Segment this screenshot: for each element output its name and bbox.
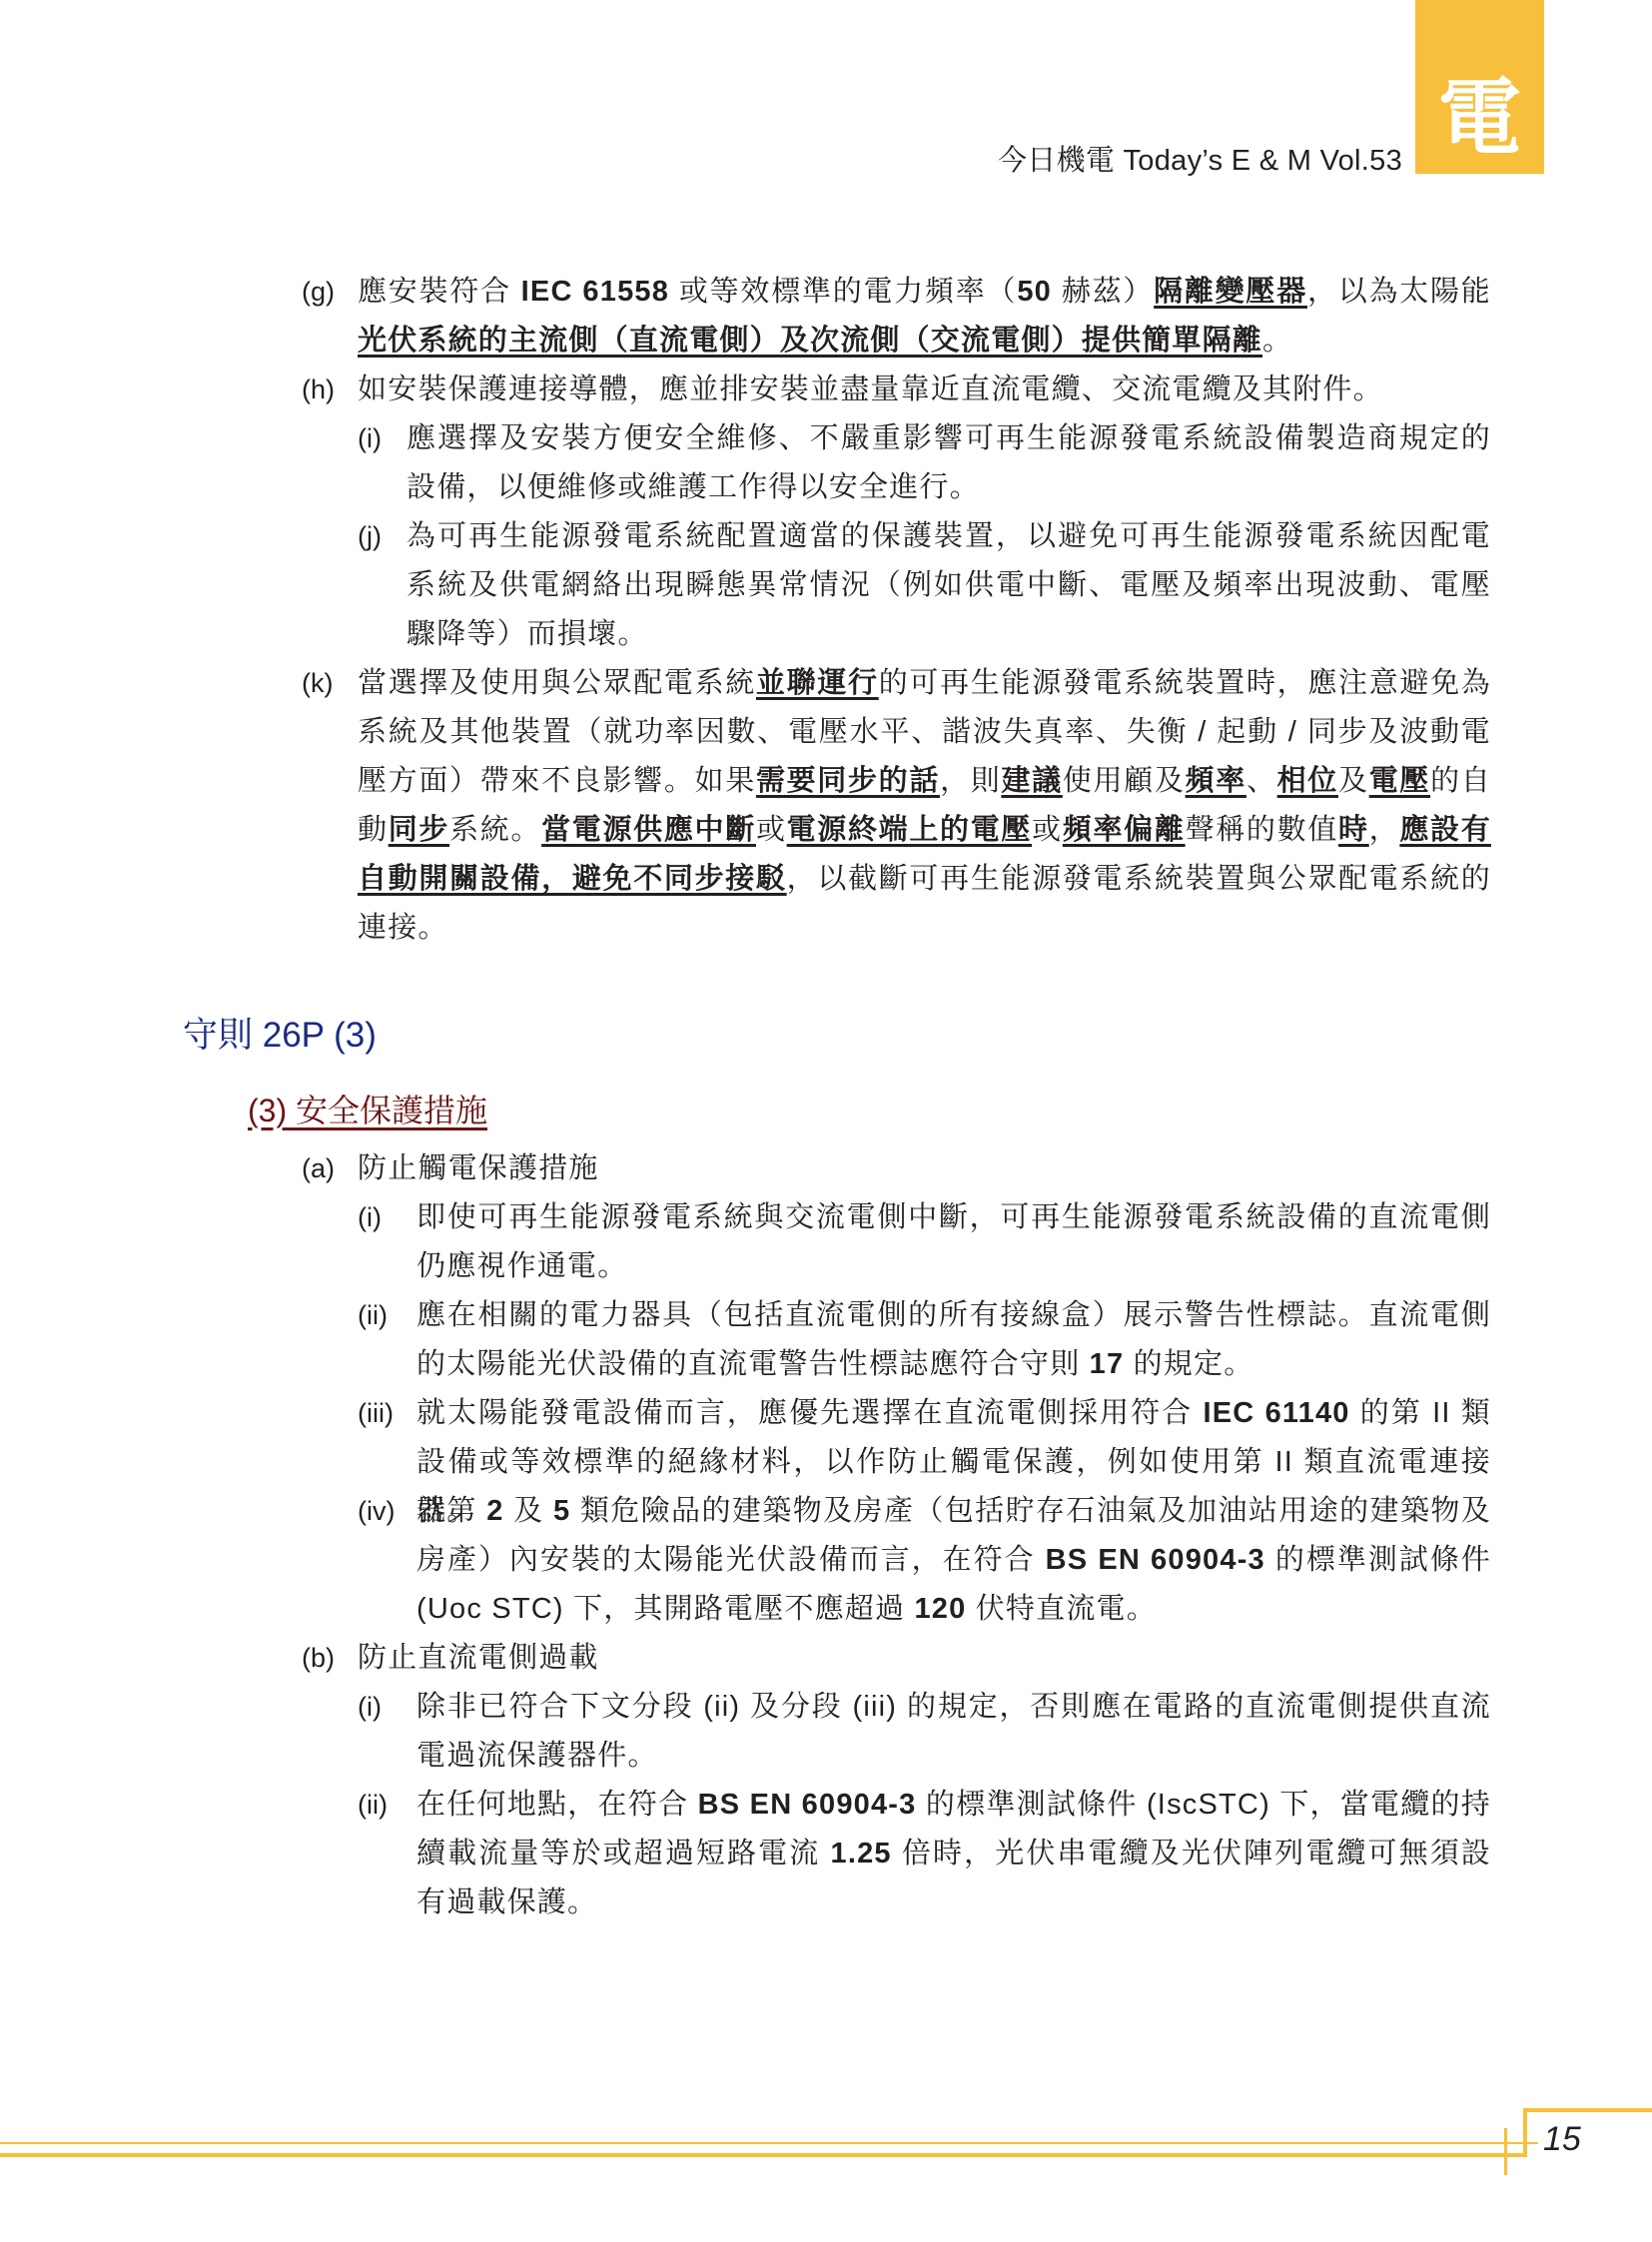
list-label: (h) — [302, 366, 335, 414]
emphasized-text: 當電源供應中斷 — [541, 814, 756, 846]
text-run: 。 — [1262, 325, 1292, 357]
text-run: 聲稱的數值 — [1186, 814, 1338, 846]
list-text: 應安裝符合 IEC 61558 或等效標準的電力頻率（50 赫茲）隔離變壓器，以… — [358, 268, 1491, 366]
emphasized-text: 時 — [1338, 814, 1369, 846]
list-label: (i) — [358, 1193, 382, 1242]
list-text: 防止直流電側過載 — [358, 1634, 1491, 1683]
text-run: 、 — [1246, 765, 1277, 797]
text-run: 就太陽能發電設備而言，應優先選擇在直流電側採用符合 — [416, 1397, 1204, 1429]
emphasized-text: 光伏系統的主流側（直流電側）及次流側（交流電側）提供簡單隔離 — [358, 325, 1262, 357]
text-run: 及 — [1338, 765, 1369, 797]
text-run: 使用顧及 — [1063, 765, 1186, 797]
text-run: 或等效標準的電力頻率（ — [669, 276, 1017, 308]
bold-text: BS EN 60904-3 — [1046, 1544, 1265, 1576]
list-label: (a) — [302, 1144, 335, 1193]
list-text: 在任何地點，在符合 BS EN 60904-3 的標準測試條件 (IscSTC)… — [416, 1781, 1491, 1927]
list-text: 為可再生能源發電系統配置適當的保護裝置，以避免可再生能源發電系統因配電系統及供電… — [407, 512, 1491, 659]
text-run: 赫茲） — [1052, 276, 1154, 308]
list-label: (iii) — [358, 1389, 394, 1438]
text-run: ，則 — [940, 765, 1001, 797]
list-label: (ii) — [358, 1291, 388, 1340]
emphasized-text: 建議 — [1001, 765, 1062, 797]
text-run: 的規定。 — [1124, 1348, 1253, 1380]
footer-top-rule — [1523, 2108, 1652, 2112]
page-number: 15 — [1543, 2119, 1581, 2159]
list-text: 除非已符合下文分段 (ii) 及分段 (iii) 的規定，否則應在電路的直流電側… — [416, 1683, 1491, 1781]
emphasized-text: 電壓 — [1369, 765, 1430, 797]
bold-text: 50 — [1017, 276, 1052, 308]
bold-text: 17 — [1090, 1348, 1125, 1380]
emphasized-text: 頻率偏離 — [1063, 814, 1186, 846]
footer-tick — [1504, 2128, 1507, 2175]
bold-text: BS EN 60904-3 — [698, 1789, 917, 1821]
list-label: (i) — [358, 414, 382, 463]
list-label: (k) — [302, 659, 333, 708]
list-label: (ii) — [358, 1781, 388, 1830]
section-tab-label: 電 — [1415, 70, 1544, 166]
footer-rule-thin — [0, 2142, 1538, 2144]
text-run: 應在相關的電力器具（包括直流電側的所有接線盒）展示警告性標誌。直流電側的太陽能光… — [416, 1299, 1491, 1380]
text-run: 應安裝符合 — [358, 276, 521, 308]
bold-text: 2 — [486, 1495, 503, 1527]
emphasized-text: 電源終端上的電壓 — [787, 814, 1033, 846]
text-run: 在任何地點，在符合 — [416, 1789, 698, 1821]
text-run: ，以為太陽能 — [1307, 276, 1491, 308]
bold-text: IEC 61558 — [521, 276, 669, 308]
emphasized-text: 並聯運行 — [756, 667, 879, 699]
bold-text: 120 — [914, 1593, 966, 1625]
footer-step-rule — [1523, 2108, 1527, 2157]
emphasized-text: 需要同步的話 — [756, 765, 940, 797]
list-text: 應在相關的電力器具（包括直流電側的所有接線盒）展示警告性標誌。直流電側的太陽能光… — [416, 1291, 1491, 1389]
list-label: (j) — [358, 512, 382, 561]
list-text: 即使可再生能源發電系統與交流電側中斷，可再生能源發電系統設備的直流電側仍應視作通… — [416, 1193, 1491, 1291]
text-run: 系統。 — [449, 814, 541, 846]
list-label: (i) — [358, 1683, 382, 1732]
bold-text: IEC 61140 — [1204, 1397, 1350, 1429]
text-run: 及 — [504, 1495, 553, 1527]
emphasized-text: 同步 — [389, 814, 449, 846]
section-heading: 守則 26P (3) — [183, 1013, 377, 1059]
emphasized-text: 隔離變壓器 — [1154, 276, 1307, 308]
list-text: 防止觸電保護措施 — [358, 1144, 1491, 1193]
list-text: 就第 2 及 5 類危險品的建築物及房產（包括貯存石油氣及加油站用途的建築物及房… — [416, 1487, 1491, 1634]
text-run: 伏特直流電。 — [966, 1593, 1156, 1625]
section-tab: 電 — [1415, 0, 1544, 174]
text-run: 或 — [1032, 814, 1063, 846]
emphasized-text: 相位 — [1277, 765, 1338, 797]
list-text: 如安裝保護連接導體，應並排安裝並盡量靠近直流電纜、交流電纜及其附件。 — [358, 366, 1491, 414]
text-run: 或 — [756, 814, 787, 846]
list-text: 應選擇及安裝方便安全維修、不嚴重影響可再生能源發電系統設備製造商規定的設備，以便… — [407, 414, 1491, 512]
running-header-title: 今日機電 Today’s E & M Vol.53 — [998, 143, 1402, 179]
text-run: 當選擇及使用與公眾配電系統 — [358, 667, 756, 699]
text-run: ， — [1369, 814, 1400, 846]
list-label: (g) — [302, 268, 335, 317]
list-label: (iv) — [358, 1487, 395, 1536]
section-subheading: (3) 安全保護措施 — [248, 1088, 487, 1133]
emphasized-text: 頻率 — [1186, 765, 1246, 797]
footer-rule-thick — [0, 2153, 1527, 2157]
text-run: 就第 — [416, 1495, 486, 1527]
list-text: 當選擇及使用與公眾配電系統並聯運行的可再生能源發電系統裝置時，應注意避免為系統及… — [358, 659, 1491, 953]
list-label: (b) — [302, 1634, 335, 1683]
bold-text: 1.25 — [831, 1838, 892, 1869]
bold-text: 5 — [553, 1495, 570, 1527]
